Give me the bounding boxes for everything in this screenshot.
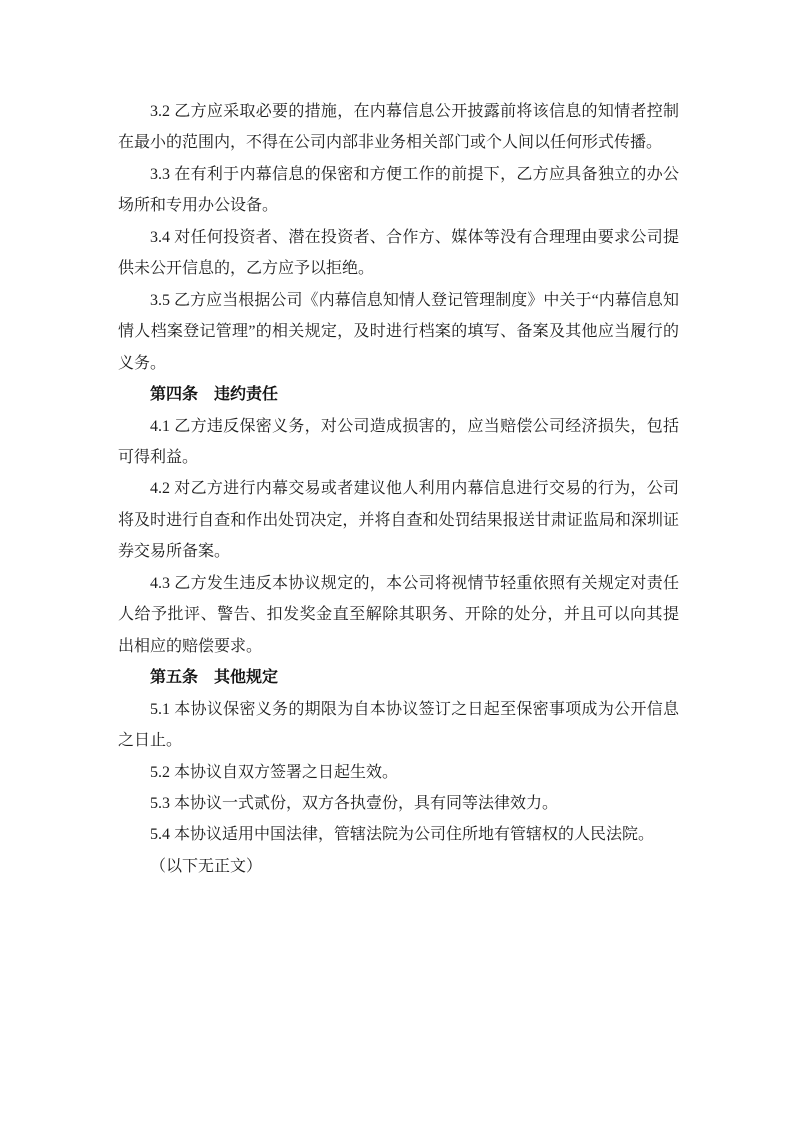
section-heading: 第四条 违约责任 bbox=[118, 379, 679, 410]
paragraph: 3.5 乙方应当根据公司《内幕信息知情人登记管理制度》中关于“内幕信息知情人档案… bbox=[118, 285, 679, 379]
paragraph: 4.2 对乙方进行内幕交易或者建议他人利用内幕信息进行交易的行为，公司将及时进行… bbox=[118, 473, 679, 567]
paragraph: 5.3 本协议一式贰份，双方各执壹份，具有同等法律效力。 bbox=[118, 788, 679, 819]
paragraph: 3.3 在有利于内幕信息的保密和方便工作的前提下，乙方应具备独立的办公场所和专用… bbox=[118, 159, 679, 222]
paragraph: 5.1 本协议保密义务的期限为自本协议签订之日起至保密事项成为公开信息之日止。 bbox=[118, 694, 679, 757]
paragraph: 3.2 乙方应采取必要的措施，在内幕信息公开披露前将该信息的知情者控制在最小的范… bbox=[118, 96, 679, 159]
paragraph: 5.2 本协议自双方签署之日起生效。 bbox=[118, 757, 679, 788]
paragraph: （以下无正文） bbox=[118, 851, 679, 882]
section-heading: 第五条 其他规定 bbox=[118, 662, 679, 693]
document-body: 3.2 乙方应采取必要的措施，在内幕信息公开披露前将该信息的知情者控制在最小的范… bbox=[118, 96, 679, 882]
paragraph: 4.3 乙方发生违反本协议规定的，本公司将视情节轻重依照有关规定对责任人给予批评… bbox=[118, 568, 679, 662]
document-page: 3.2 乙方应采取必要的措施，在内幕信息公开披露前将该信息的知情者控制在最小的范… bbox=[0, 0, 793, 1122]
paragraph: 5.4 本协议适用中国法律，管辖法院为公司住所地有管辖权的人民法院。 bbox=[118, 819, 679, 850]
paragraph: 4.1 乙方违反保密义务，对公司造成损害的，应当赔偿公司经济损失，包括可得利益。 bbox=[118, 411, 679, 474]
paragraph: 3.4 对任何投资者、潜在投资者、合作方、媒体等没有合理理由要求公司提供未公开信… bbox=[118, 222, 679, 285]
